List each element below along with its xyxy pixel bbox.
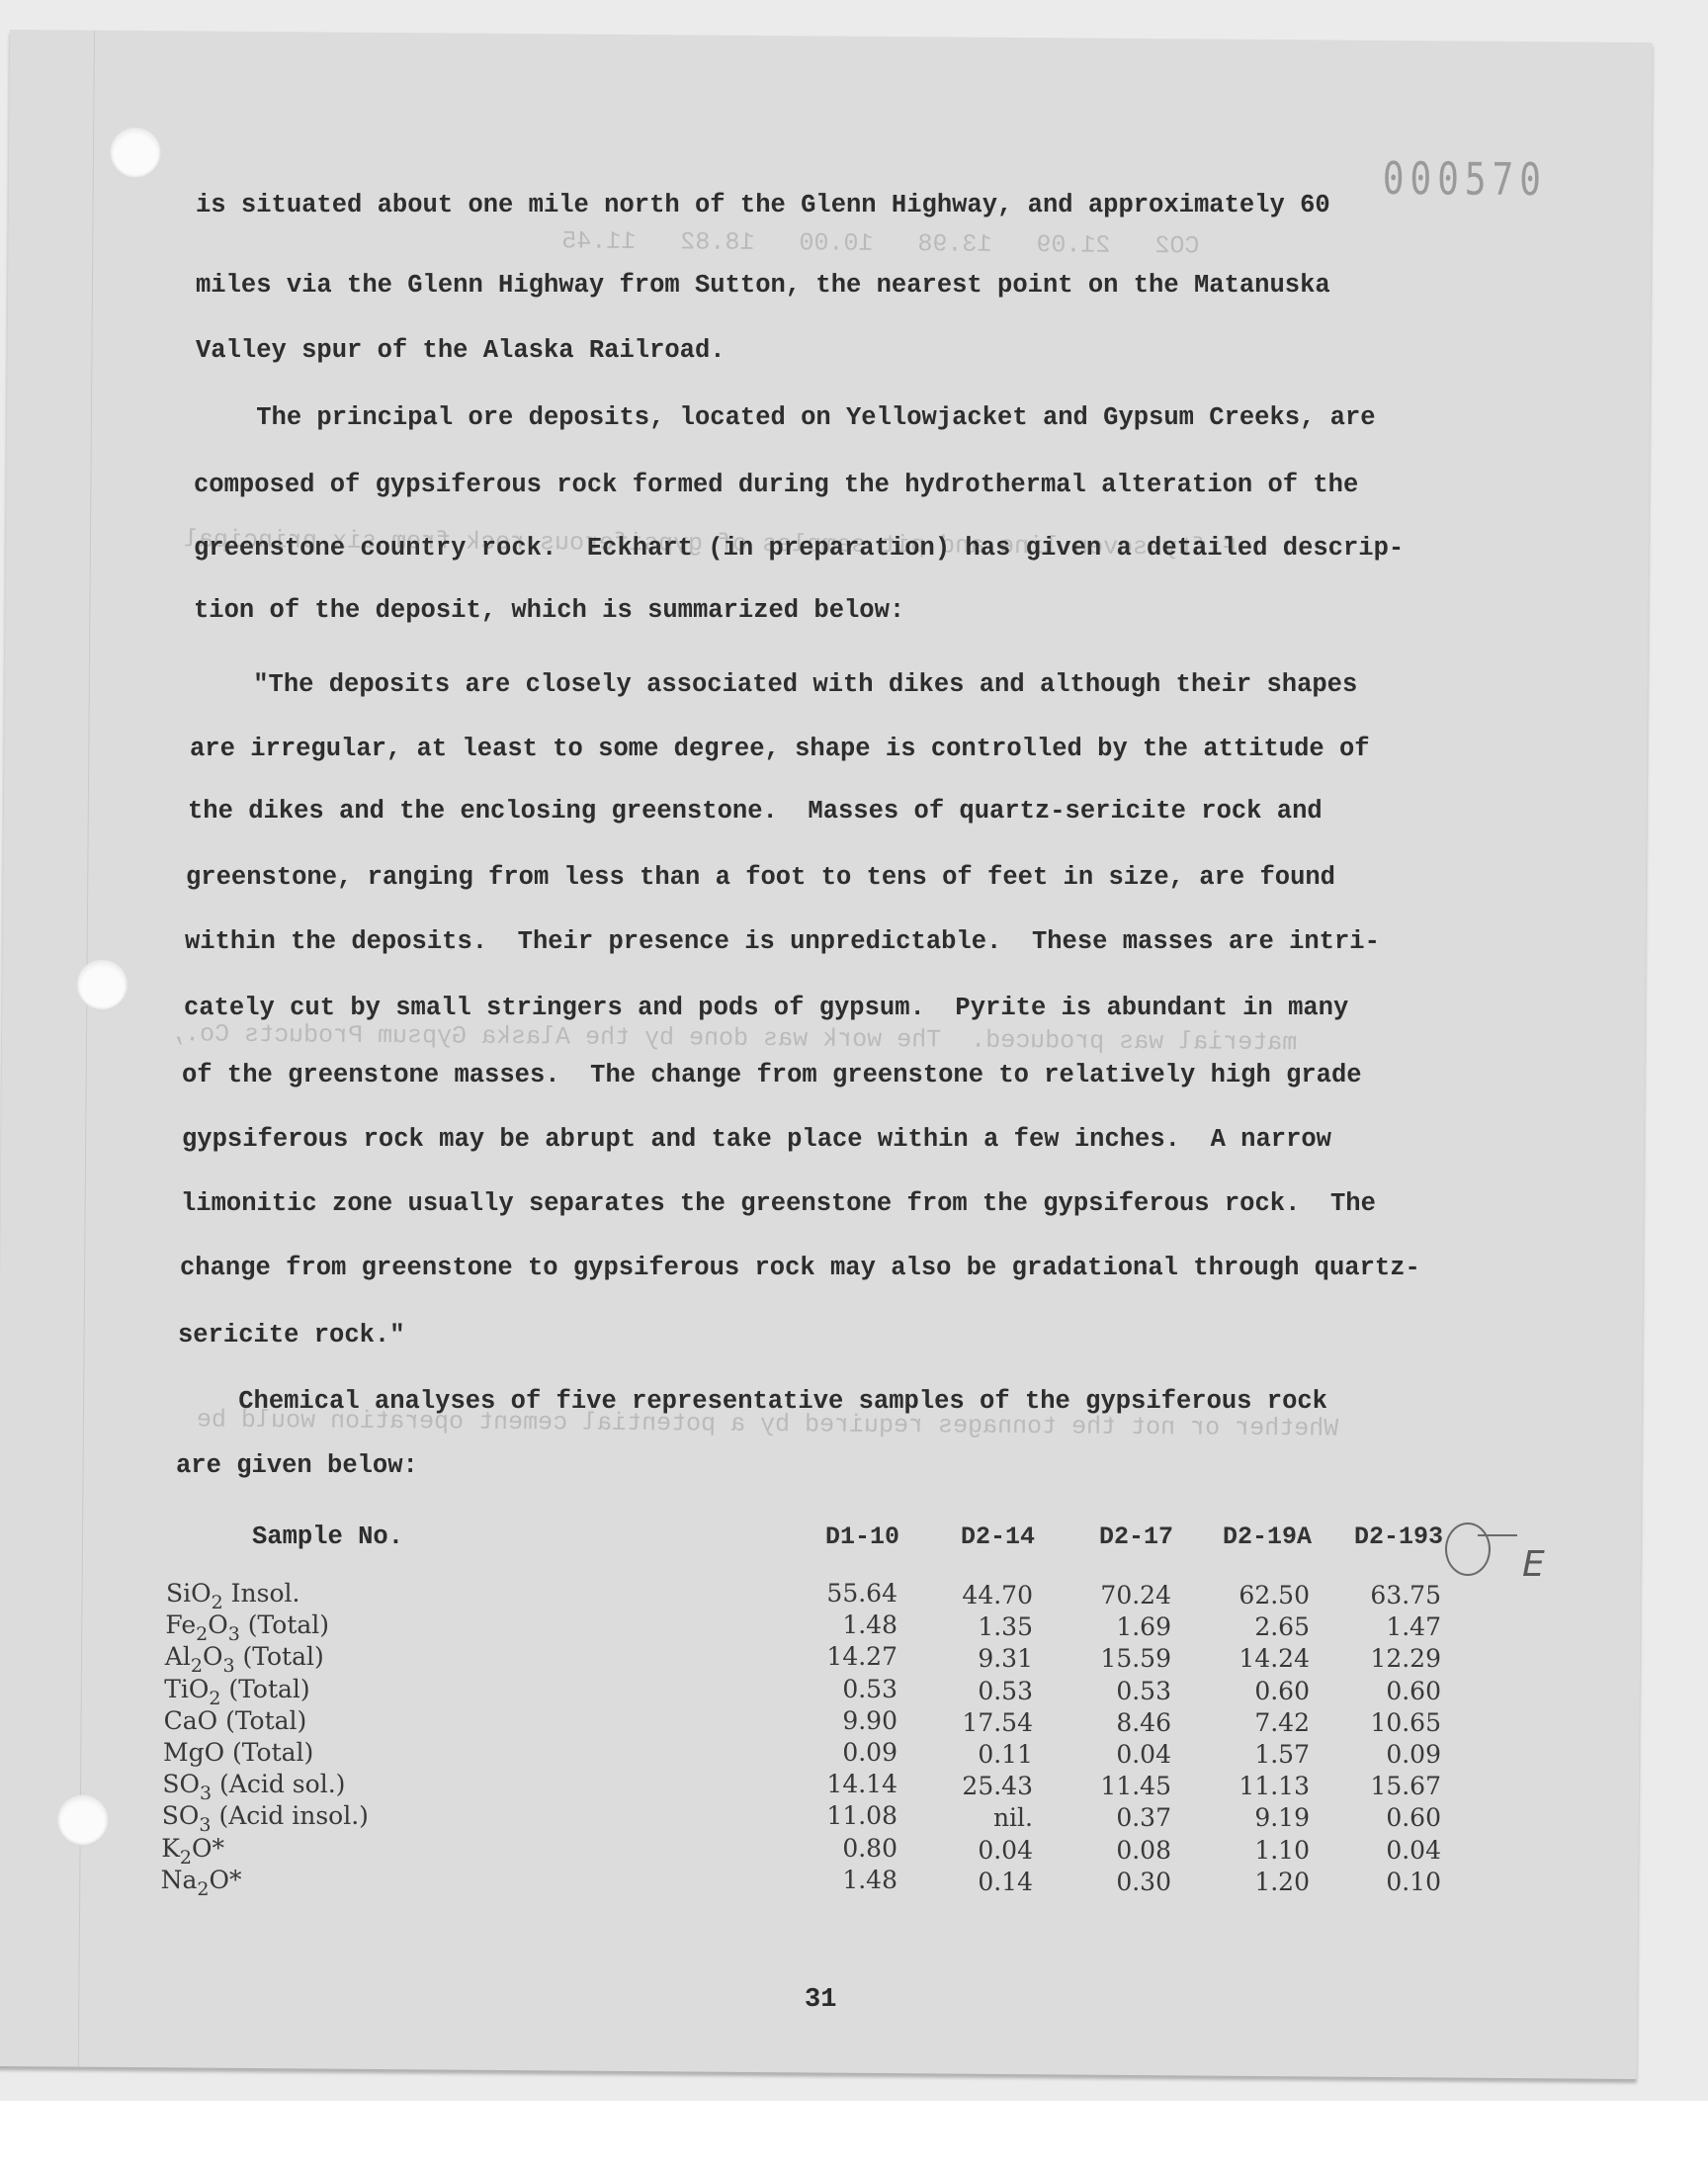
table-cell: 0.37 [1053, 1802, 1171, 1834]
table-row-label: Al2O3 (Total) [165, 1641, 324, 1673]
paragraph-2-line: The principal ore deposits, located on Y… [196, 403, 1550, 432]
label-text: O [208, 1610, 228, 1639]
table-cell: 12.29 [1323, 1643, 1441, 1675]
table-header-label: Sample No. [252, 1522, 403, 1551]
table-cell: 14.14 [779, 1769, 897, 1800]
table-cell: 0.04 [1323, 1835, 1441, 1867]
table-row-label: Fe2O3 (Total) [165, 1609, 329, 1641]
table-cell: 7.42 [1191, 1707, 1310, 1739]
label-text: (Total) [224, 1738, 313, 1767]
paragraph-1-line: Valley spur of the Alaska Railroad. [196, 336, 1550, 365]
label-text: SO [162, 1770, 200, 1798]
table-row-label: CaO (Total) [164, 1705, 307, 1737]
table-cell: 9.19 [1191, 1802, 1310, 1834]
table-cell: 44.70 [914, 1580, 1033, 1611]
table-cell: 0.10 [1323, 1867, 1441, 1898]
paragraph-3-line: sericite rock." [178, 1321, 1532, 1349]
paragraph-1-line: is situated about one mile north of the … [196, 191, 1550, 219]
margin-line [78, 31, 95, 2067]
table-row-label: SO3 (Acid insol.) [162, 1800, 369, 1832]
binder-hole-icon [57, 1794, 109, 1846]
label-text: Fe [165, 1610, 196, 1639]
table-cell: 14.24 [1191, 1643, 1310, 1675]
table-cell: 1.10 [1191, 1835, 1310, 1867]
column-header: D1-10 [771, 1522, 899, 1551]
table-cell: 11.45 [1053, 1771, 1171, 1802]
table-cell: 0.30 [1053, 1867, 1171, 1898]
table-cell: 15.67 [1323, 1771, 1441, 1802]
label-text: CaO [164, 1706, 218, 1735]
table-row-label: SiO2 Insol. [166, 1578, 299, 1609]
label-text: (Total) [235, 1642, 324, 1671]
label-text: TiO [164, 1675, 209, 1703]
table-row-label: SO3 (Acid sol.) [162, 1769, 345, 1800]
paragraph-3-line: change from greenstone to gypsiferous ro… [180, 1254, 1534, 1282]
paragraph-4-line: are given below: [176, 1451, 1530, 1480]
table-cell: 70.24 [1053, 1580, 1171, 1611]
table-cell: 1.69 [1053, 1611, 1171, 1643]
table-cell: 1.20 [1191, 1867, 1310, 1898]
table-row-label: MgO (Total) [163, 1737, 313, 1769]
label-text: O [203, 1642, 223, 1671]
table-cell: 0.60 [1191, 1676, 1310, 1707]
table-cell: 9.90 [779, 1705, 897, 1737]
paragraph-3-line: the dikes and the enclosing greenstone. … [188, 797, 1542, 826]
table-row-label: Na2O* [161, 1865, 242, 1896]
table-row-label: K2O* [161, 1833, 224, 1865]
column-header: D2-14 [906, 1522, 1035, 1551]
table-cell: 1.57 [1191, 1739, 1310, 1771]
column-header: D2-19A [1183, 1522, 1312, 1551]
bleed-through-text: material was produced. The work was done… [170, 1019, 1297, 1057]
handwritten-annotation: E [1522, 1544, 1545, 1585]
paragraph-3-line: are irregular, at least to some degree, … [190, 735, 1544, 763]
table-cell: 9.31 [914, 1643, 1033, 1675]
table-cell: 0.11 [914, 1739, 1033, 1771]
paragraph-3-line: gypsiferous rock may be abrupt and take … [182, 1125, 1536, 1154]
table-cell: 0.14 [914, 1867, 1033, 1898]
table-cell: 25.43 [914, 1771, 1033, 1802]
label-text: O* [192, 1834, 224, 1863]
paragraph-2-line: greenstone country rock. Eckhart (in pre… [194, 534, 1548, 563]
table-cell: 1.48 [779, 1609, 897, 1641]
column-header: D2-17 [1045, 1522, 1173, 1551]
paragraph-3-line: of the greenstone masses. The change fro… [182, 1061, 1536, 1089]
paragraph-3-line: limonitic zone usually separates the gre… [181, 1189, 1535, 1218]
label-text: (Acid sol.) [212, 1770, 345, 1798]
table-cell: 0.53 [1053, 1676, 1171, 1707]
label-text: (Total) [240, 1610, 329, 1639]
subscript: 2 [197, 1878, 209, 1900]
paragraph-3-line: cately cut by small stringers and pods o… [184, 994, 1538, 1022]
page-number: 31 [805, 1985, 836, 2015]
paragraph-2-line: composed of gypsiferous rock formed duri… [194, 471, 1548, 499]
label-text: Na [161, 1866, 198, 1894]
binder-hole-icon [110, 128, 161, 179]
table-cell: 11.13 [1191, 1771, 1310, 1802]
table-cell: 1.48 [779, 1865, 897, 1896]
paragraph-2-line: tion of the deposit, which is summarized… [194, 596, 1548, 625]
label-text: (Total) [220, 1675, 309, 1703]
label-text: Insol. [223, 1579, 300, 1608]
pencil-tick-mark [1478, 1534, 1517, 1536]
label-text: MgO [163, 1738, 224, 1767]
table-cell: 10.65 [1323, 1707, 1441, 1739]
table-cell: 17.54 [914, 1707, 1033, 1739]
bleed-through-text: CO2 21.09 13.98 10.00 18.82 11.45 [561, 226, 1199, 260]
table-cell: 0.53 [779, 1674, 897, 1705]
label-text: O* [209, 1866, 241, 1894]
table-cell: 0.04 [1053, 1739, 1171, 1771]
table-cell: 0.60 [1323, 1676, 1441, 1707]
label-text: (Total) [217, 1706, 306, 1735]
label-text: SiO [166, 1579, 212, 1608]
table-cell: 8.46 [1053, 1707, 1171, 1739]
table-cell: 0.08 [1053, 1835, 1171, 1867]
table-cell: 62.50 [1191, 1580, 1310, 1611]
paragraph-4-line: Chemical analyses of five representative… [178, 1387, 1532, 1416]
table-cell: 0.53 [914, 1676, 1033, 1707]
paragraph-3-line: "The deposits are closely associated wit… [193, 670, 1547, 699]
column-header: D2-193 [1315, 1522, 1443, 1551]
paragraph-1-line: miles via the Glenn Highway from Sutton,… [196, 271, 1550, 300]
label-text: SO [162, 1801, 200, 1830]
table-cell: 0.09 [1323, 1739, 1441, 1771]
label-text: Al [165, 1642, 191, 1671]
table-cell: 11.08 [779, 1800, 897, 1832]
table-row-label: TiO2 (Total) [164, 1674, 309, 1705]
table-cell: 63.75 [1323, 1580, 1441, 1611]
table-cell: 1.35 [914, 1611, 1033, 1643]
table-cell: 55.64 [779, 1578, 897, 1609]
table-cell: 0.09 [779, 1737, 897, 1769]
table-cell: 2.65 [1191, 1611, 1310, 1643]
table-cell: 0.80 [779, 1833, 897, 1865]
table-cell: 0.04 [914, 1835, 1033, 1867]
pencil-circle-mark [1445, 1522, 1491, 1576]
table-cell: 1.47 [1323, 1611, 1441, 1643]
label-text: K [161, 1834, 180, 1863]
binder-hole-icon [76, 960, 128, 1011]
table-cell: 15.59 [1053, 1643, 1171, 1675]
table-cell: 14.27 [779, 1641, 897, 1673]
label-text: (Acid insol.) [212, 1801, 369, 1830]
paragraph-3-line: greenstone, ranging from less than a foo… [186, 863, 1540, 892]
table-cell: 0.60 [1323, 1802, 1441, 1834]
paragraph-3-line: within the deposits. Their presence is u… [185, 927, 1539, 956]
table-cell: nil. [914, 1802, 1033, 1834]
